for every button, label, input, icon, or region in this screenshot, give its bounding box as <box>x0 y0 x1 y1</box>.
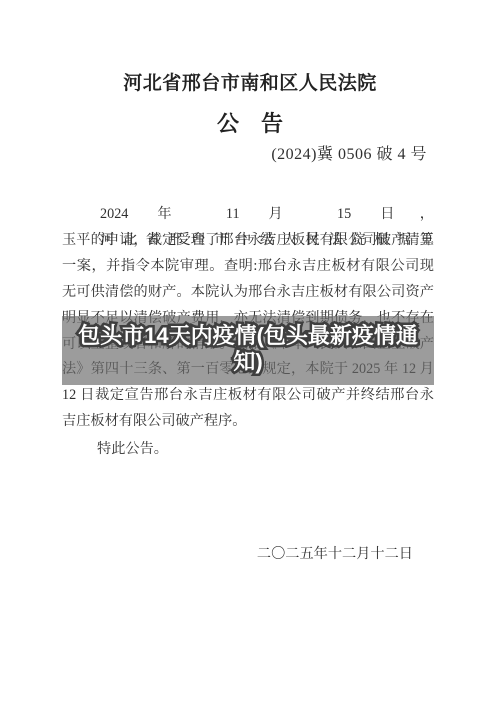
notice-title: 公 告 <box>0 107 500 138</box>
spam-banner-line-2: 知) 知) <box>56 349 440 375</box>
spam-banner-text: 知) <box>233 349 262 374</box>
date-line: 二〇二五年十二月十二日 <box>257 542 413 568</box>
spam-overlay-banner: 包头市14天内疫情(包头最新疫情通 包头市14天内疫情(包头最新疫情通 知) 知… <box>62 316 434 385</box>
spam-banner-text-block: 包头市14天内疫情(包头最新疫情通 包头市14天内疫情(包头最新疫情通 知) 知… <box>56 323 440 375</box>
spam-banner-line-1: 包头市14天内疫情(包头最新疫情通 包头市14天内疫情(包头最新疫情通 <box>56 323 440 349</box>
closing-line: 特此公告。 <box>97 437 168 463</box>
body-line: 一案，并指令本院审理。查明:邢台永吉庄板材有限公司现 <box>62 254 434 280</box>
body-line: 无可供清偿的财产。本院认为邢台永吉庄板材有限公司资产 <box>62 280 434 306</box>
body-line: 12 日裁定宣告邢台永吉庄板材有限公司破产并终结邢台永 <box>62 383 434 409</box>
case-number: (2024)冀 0506 破 4 号 <box>271 141 427 164</box>
body-line: 吉庄板材有限公司破产程序。 <box>62 409 434 435</box>
court-name: 河北省邢台市南和区人民法院 <box>0 68 500 95</box>
announcement-document: 河北省邢台市南和区人民法院 公 告 (2024)冀 0506 破 4 号 202… <box>0 0 500 706</box>
body-line: 玉平的申请，裁定受理了邢台永吉庄板材有限公司破产清算 <box>62 228 434 254</box>
spam-banner-text: 包头市14天内疫情(包头最新疫情通 <box>78 323 418 348</box>
